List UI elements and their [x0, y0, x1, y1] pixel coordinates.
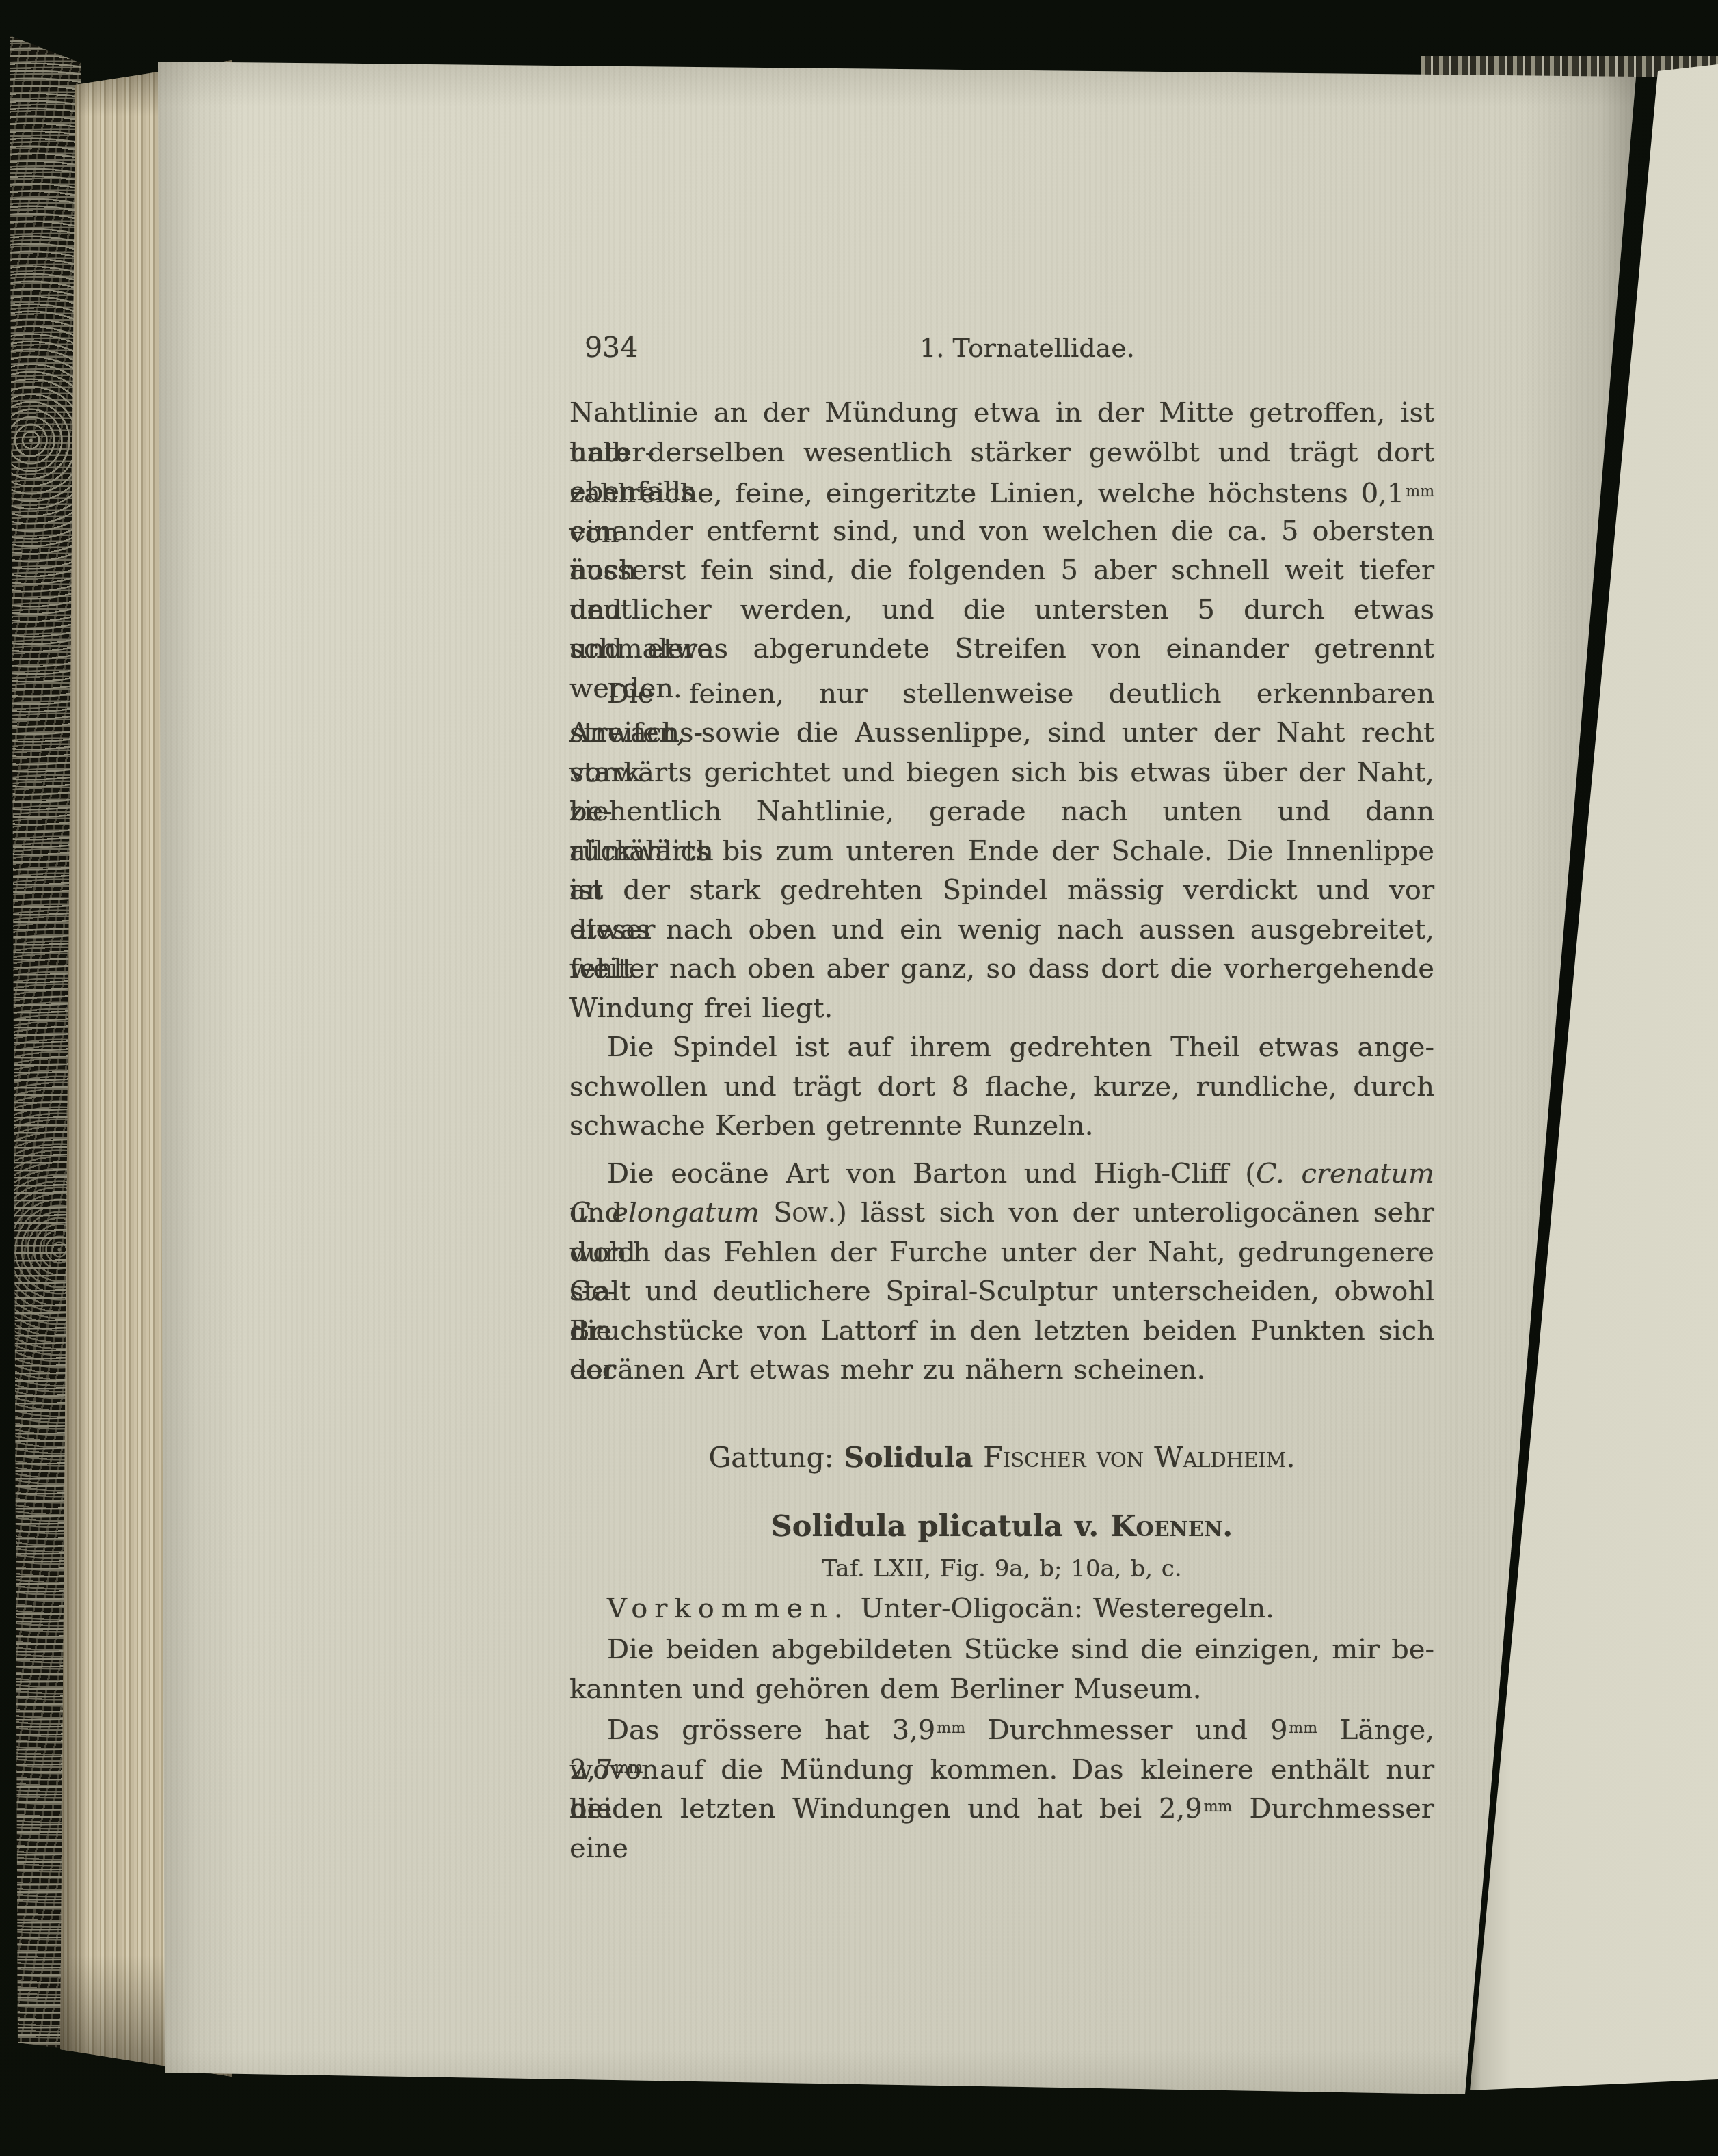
text-segment: Solidula plicatula v. — [771, 1509, 1111, 1544]
text-segment: mm — [615, 1760, 643, 1777]
paragraph-spindel: Die Spindel ist auf ihrem gedrehten Thei… — [569, 1028, 1434, 1146]
text-line: deutlicher werden, und die untersten 5 d… — [569, 591, 1434, 630]
text-segment: 2,7 — [569, 1754, 613, 1786]
text-segment: Fischer von Waldheim. — [983, 1441, 1295, 1474]
text-segment: Gattung: — [709, 1441, 844, 1474]
text-line: durch das Fehlen der Furche unter der Na… — [569, 1233, 1434, 1273]
text-line: äusserst fein sind, die folgenden 5 aber… — [569, 551, 1434, 591]
text-segment: eocänen Art etwas mehr zu nähern scheine… — [569, 1354, 1205, 1386]
text-line: eocänen Art etwas mehr zu nähern scheine… — [569, 1351, 1434, 1390]
text-segment: zahlreiche, feine, eingeritzte Linien, w… — [569, 478, 1404, 509]
text-segment: schwollen und trägt dort 8 flache, kurze… — [569, 1071, 1434, 1103]
text-line: stalt und deutlichere Spiral-Sculptur un… — [569, 1272, 1434, 1312]
text-segment: Windung frei liegt. — [569, 993, 833, 1024]
text-segment: mm — [1406, 483, 1434, 500]
text-line: schwache Kerben getrennte Runzeln. — [569, 1107, 1434, 1146]
text-segment: Die Spindel ist auf ihrem gedrehten Thei… — [607, 1032, 1434, 1063]
running-header: 1. Tornatellidae. — [595, 333, 1460, 363]
text-line: und etwas abgerundete Streifen von einan… — [569, 630, 1434, 669]
text-line: Gattung: Solidula Fischer von Waldheim. — [569, 1438, 1434, 1478]
plate-reference: Taf. LXII, Fig. 9a, b; 10a, b, c. — [569, 1552, 1434, 1585]
text-segment: mm — [1204, 1798, 1233, 1816]
text-segment: Koenen. — [1110, 1509, 1233, 1544]
text-segment — [973, 1441, 983, 1474]
text-line: halb derselben wesentlich stärker gewölb… — [569, 433, 1434, 473]
text-line: schwollen und trägt dort 8 flache, kurze… — [569, 1068, 1434, 1107]
text-line: Nahtlinie an der Mündung etwa in der Mit… — [569, 394, 1434, 433]
paragraph-stuecke: Die beiden abgebildeten Stücke sind die … — [569, 1630, 1434, 1709]
text-segment: Die beiden abgebildeten Stücke sind die … — [607, 1634, 1434, 1665]
text-line: zahlreiche, feine, eingeritzte Linien, w… — [569, 472, 1434, 512]
text-segment: Solidula — [844, 1441, 974, 1474]
text-line: Die Spindel ist auf ihrem gedrehten Thei… — [569, 1028, 1434, 1068]
text-line: vorwärts gerichtet und biegen sich bis e… — [569, 753, 1434, 793]
text-line: Windung frei liegt. — [569, 989, 1434, 1029]
text-line: streifen, sowie die Aussenlippe, sind un… — [569, 714, 1434, 753]
text-segment: weiter nach oben aber ganz, so dass dort… — [569, 953, 1434, 984]
text-line: Die feinen, nur stellenweise deutlich er… — [569, 675, 1434, 714]
paragraph-continuation: Nahtlinie an der Mündung etwa in der Mit… — [569, 394, 1434, 669]
text-segment: kannten und gehören dem Berliner Museum. — [569, 1673, 1201, 1705]
text-line: ziehentlich Nahtlinie, gerade nach unten… — [569, 792, 1434, 832]
occurrence-line: Vorkommen.Unter-Oligocän: Westeregeln. — [569, 1589, 1434, 1629]
text-segment: Taf. LXII, Fig. 9a, b; 10a, b, c. — [822, 1555, 1181, 1582]
text-line: Vorkommen.Unter-Oligocän: Westeregeln. — [569, 1589, 1434, 1629]
text-segment: Vorkommen. — [607, 1593, 850, 1624]
text-line: C. elongatum Sow.) lässt sich von der un… — [569, 1194, 1434, 1233]
text-segment: Durchmesser und 9 — [965, 1714, 1287, 1746]
text-line: Das grössere hat 3,9mm Durchmesser und 9… — [569, 1709, 1434, 1749]
text-segment: Die eocäne Art von Barton und High-Cliff… — [607, 1158, 1256, 1189]
text-line: rückwärts bis zum unteren Ende der Schal… — [569, 832, 1434, 872]
paragraph-measurements: Das grössere hat 3,9mm Durchmesser und 9… — [569, 1709, 1434, 1827]
text-line: 2,7mm auf die Mündung kommen. Das kleine… — [569, 1749, 1434, 1788]
text-line: kannten und gehören dem Berliner Museum. — [569, 1670, 1434, 1710]
text-segment: beiden letzten Windungen und hat bei 2,9 — [569, 1793, 1203, 1824]
text-line: weiter nach oben aber ganz, so dass dort… — [569, 949, 1434, 989]
text-segment: Sow. — [773, 1197, 836, 1228]
text-line: beiden letzten Windungen und hat bei 2,9… — [569, 1788, 1434, 1827]
paragraph-eocaene-art: Die eocäne Art von Barton und High-Cliff… — [569, 1155, 1434, 1390]
text-segment: schwache Kerben getrennte Runzeln. — [569, 1110, 1093, 1142]
text-segment: mm — [1289, 1720, 1317, 1737]
genus-heading: Gattung: Solidula Fischer von Waldheim. — [569, 1438, 1434, 1478]
text-segment: Unter-Oligocän: Westeregeln. — [861, 1593, 1274, 1624]
text-line: Die eocäne Art von Barton und High-Cliff… — [569, 1155, 1434, 1194]
paragraph-anwachsstreifen: Die feinen, nur stellenweise deutlich er… — [569, 675, 1434, 1029]
book-scan: 934 1. Tornatellidae. Nahtlinie an der M… — [0, 0, 1718, 2156]
text-line: an der stark gedrehten Spindel mässig ve… — [569, 871, 1434, 911]
text-line: Die beiden abgebildeten Stücke sind die … — [569, 1630, 1434, 1670]
text-line: Solidula plicatula v. Koenen. — [569, 1507, 1434, 1547]
text-segment: mm — [937, 1720, 965, 1737]
text-line: Bruchstücke von Lattorf in den letzten b… — [569, 1312, 1434, 1351]
page-text: Nahtlinie an der Mündung etwa in der Mit… — [569, 394, 1434, 1827]
text-segment — [760, 1197, 773, 1228]
text-segment: C. elongatum — [569, 1197, 760, 1228]
text-segment: Das grössere hat 3,9 — [607, 1714, 935, 1746]
species-heading: Solidula plicatula v. Koenen. — [569, 1507, 1434, 1547]
text-segment: C. crenatum — [1256, 1158, 1434, 1189]
text-line: einander entfernt sind, und von welchen … — [569, 512, 1434, 552]
text-line: etwas nach oben und ein wenig nach ausse… — [569, 911, 1434, 950]
text-line: Taf. LXII, Fig. 9a, b; 10a, b, c. — [569, 1552, 1434, 1585]
